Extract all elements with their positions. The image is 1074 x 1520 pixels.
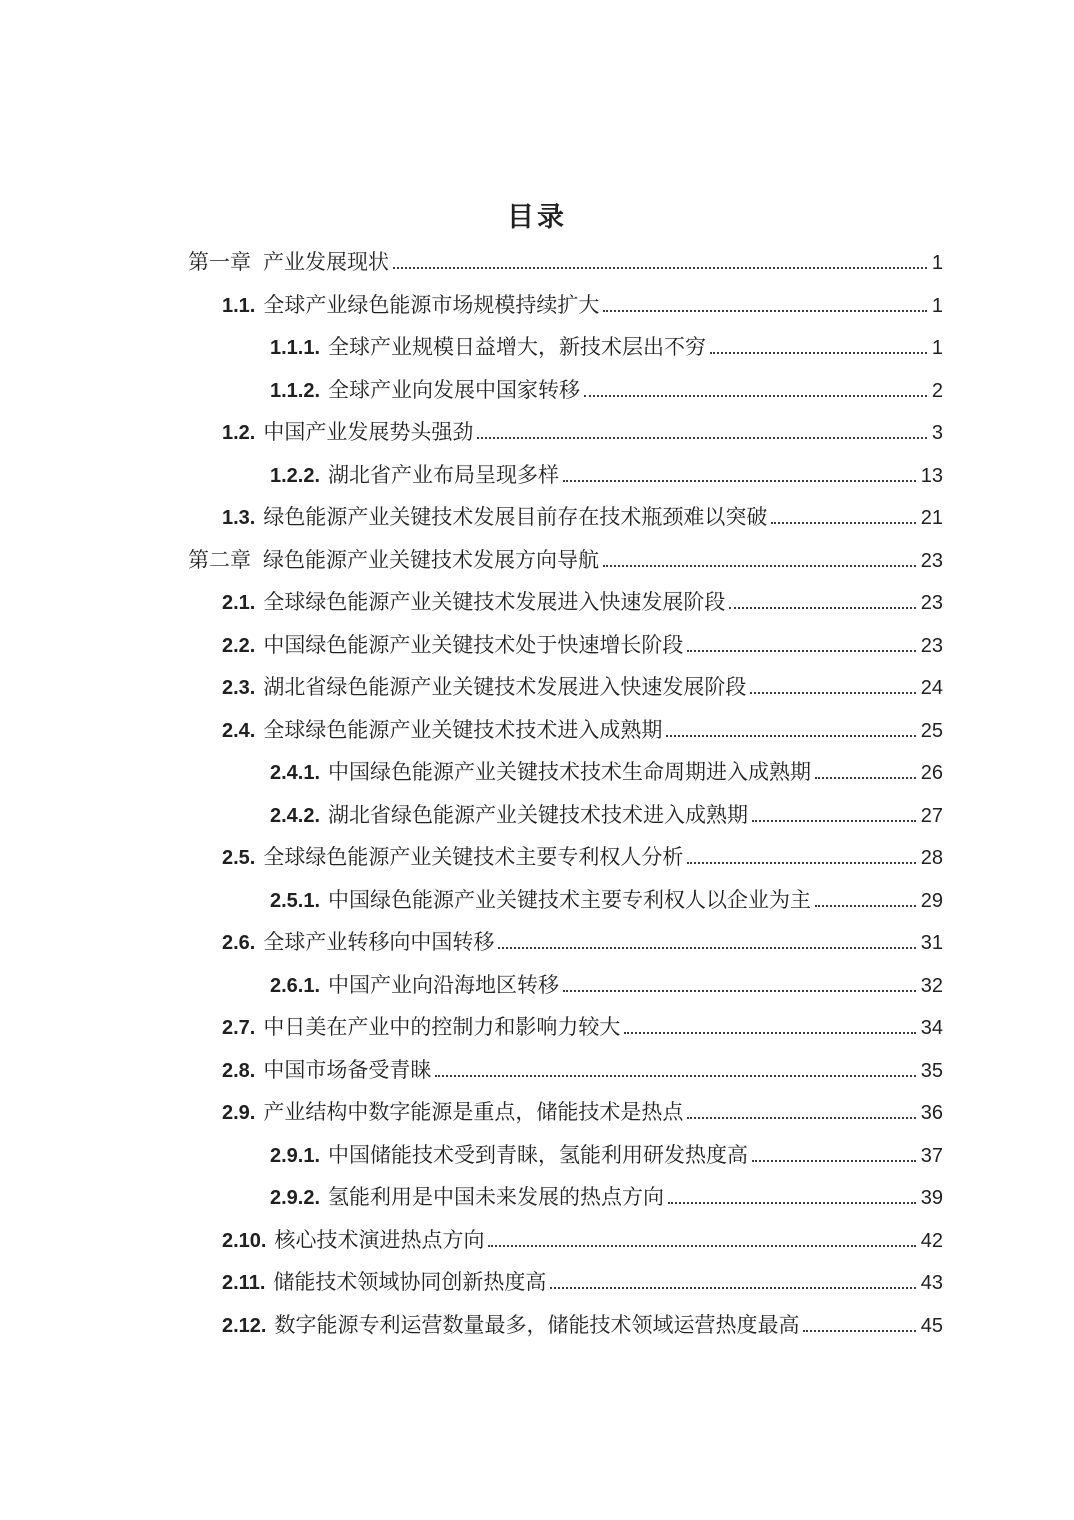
dot-leader xyxy=(687,862,915,864)
toc-entry-label: 中国市场备受青睐 xyxy=(263,1058,431,1082)
toc-entry-page-number: 26 xyxy=(921,752,943,794)
toc-entry[interactable]: 1.3.绿色能源产业关键技术发展目前存在技术瓶颈难以突破 21 xyxy=(188,496,943,539)
toc-entry[interactable]: 2.6.1.中国产业向沿海地区转移 32 xyxy=(188,964,943,1007)
toc-entry-text: 1.1.1.全球产业规模日益增大，新技术层出不穷 xyxy=(270,326,706,369)
toc-title: 目录 xyxy=(0,0,1074,237)
toc-entry-page-number: 32 xyxy=(921,965,943,1007)
toc-entry-page-number: 2 xyxy=(932,370,943,412)
toc-entry-label: 湖北省产业布局呈现多样 xyxy=(328,463,559,487)
toc-entry[interactable]: 2.9.产业结构中数字能源是重点，储能技术是热点 36 xyxy=(188,1091,943,1134)
dot-leader xyxy=(668,1202,916,1204)
dot-leader xyxy=(752,1160,916,1162)
toc-entry-text: 2.4.1.中国绿色能源产业关键技术技术生命周期进入成熟期 xyxy=(270,751,811,794)
toc-entry-label: 氢能利用是中国未来发展的热点方向 xyxy=(328,1185,664,1209)
toc-entry-label: 中国产业发展势头强劲 xyxy=(263,420,473,444)
toc-entry-page-number: 21 xyxy=(921,497,943,539)
toc-entry-page-number: 45 xyxy=(921,1305,943,1347)
toc-entry-number: 2.5. xyxy=(222,847,255,869)
toc-entry-page-number: 23 xyxy=(921,582,943,624)
toc-entry-label: 全球产业转移向中国转移 xyxy=(263,930,494,954)
toc-entry-number: 1.1.2. xyxy=(270,380,320,402)
toc-entry-label: 全球产业绿色能源市场规模持续扩大 xyxy=(263,293,599,317)
toc-entry-label: 绿色能源产业关键技术发展方向导航 xyxy=(263,548,599,572)
toc-entry-page-number: 23 xyxy=(921,625,943,667)
toc-entry-number: 第二章 xyxy=(188,548,251,572)
toc-entry-number: 1.3. xyxy=(222,507,255,529)
toc-entry-number: 2.7. xyxy=(222,1017,255,1039)
toc-entry-text: 第一章产业发展现状 xyxy=(188,241,389,284)
toc-entry[interactable]: 2.2.中国绿色能源产业关键技术处于快速增长阶段 23 xyxy=(188,624,943,667)
dot-leader xyxy=(687,650,915,652)
toc-entry-label: 数字能源专利运营数量最多，储能技术领域运营热度最高 xyxy=(274,1313,799,1337)
dot-leader xyxy=(477,437,927,439)
dot-leader xyxy=(666,735,915,737)
dot-leader xyxy=(771,522,915,524)
toc-entry-label: 中国绿色能源产业关键技术主要专利权人以企业为主 xyxy=(328,888,811,912)
dot-leader xyxy=(750,692,915,694)
toc-entry-number: 2.4.1. xyxy=(270,762,320,784)
toc-entry-number: 2.11. xyxy=(222,1272,265,1294)
toc-entry[interactable]: 2.11.储能技术领域协同创新热度高 43 xyxy=(188,1261,943,1304)
toc-entry-label: 产业发展现状 xyxy=(263,250,389,274)
toc-entry[interactable]: 2.9.1.中国储能技术受到青睐，氢能利用研发热度高 37 xyxy=(188,1134,943,1177)
toc-entry[interactable]: 第二章绿色能源产业关键技术发展方向导航 23 xyxy=(188,539,943,582)
toc-entry-text: 2.4.全球绿色能源产业关键技术技术进入成熟期 xyxy=(222,709,662,752)
toc-entry-page-number: 3 xyxy=(932,412,943,454)
toc-entry-label: 中国绿色能源产业关键技术处于快速增长阶段 xyxy=(263,633,683,657)
toc-entry-number: 2.2. xyxy=(222,635,255,657)
toc-entry-text: 第二章绿色能源产业关键技术发展方向导航 xyxy=(188,539,599,582)
toc-entry-number: 1.1.1. xyxy=(270,337,320,359)
toc-entry-text: 2.3.湖北省绿色能源产业关键技术发展进入快速发展阶段 xyxy=(222,666,746,709)
dot-leader xyxy=(624,1032,915,1034)
toc-entry-page-number: 28 xyxy=(921,837,943,879)
toc-entry-text: 2.1.全球绿色能源产业关键技术发展进入快速发展阶段 xyxy=(222,581,725,624)
dot-leader xyxy=(687,1117,915,1119)
toc-entry-page-number: 27 xyxy=(921,795,943,837)
toc-entry-label: 中国储能技术受到青睐，氢能利用研发热度高 xyxy=(328,1143,748,1167)
toc-entry-label: 全球产业规模日益增大，新技术层出不穷 xyxy=(328,335,706,359)
toc-entry-number: 2.9.2. xyxy=(270,1187,320,1209)
toc-entry-text: 2.10.核心技术演进热点方向 xyxy=(222,1219,484,1262)
dot-leader xyxy=(563,990,916,992)
toc-entry-label: 湖北省绿色能源产业关键技术技术进入成熟期 xyxy=(328,803,748,827)
toc-entry-text: 2.12.数字能源专利运营数量最多，储能技术领域运营热度最高 xyxy=(222,1304,799,1347)
toc-entry-number: 2.3. xyxy=(222,677,255,699)
dot-leader xyxy=(815,905,916,907)
toc-entry[interactable]: 2.10.核心技术演进热点方向 42 xyxy=(188,1219,943,1262)
toc-list: 第一章产业发展现状 1 1.1.全球产业绿色能源市场规模持续扩大 1 1.1.1… xyxy=(188,241,943,1346)
toc-entry-number: 2.1. xyxy=(222,592,255,614)
toc-entry-number: 2.4.2. xyxy=(270,805,320,827)
toc-entry[interactable]: 2.4.1.中国绿色能源产业关键技术技术生命周期进入成熟期 26 xyxy=(188,751,943,794)
toc-entry-page-number: 37 xyxy=(921,1135,943,1177)
toc-entry-label: 全球产业向发展中国家转移 xyxy=(328,378,580,402)
toc-entry-page-number: 1 xyxy=(932,285,943,327)
toc-entry-text: 2.9.2.氢能利用是中国未来发展的热点方向 xyxy=(270,1176,664,1219)
dot-leader xyxy=(563,480,916,482)
document-page: 目录 第一章产业发展现状 1 1.1.全球产业绿色能源市场规模持续扩大 1 1.… xyxy=(0,0,1074,1520)
toc-entry-number: 2.5.1. xyxy=(270,890,320,912)
toc-entry-text: 2.4.2.湖北省绿色能源产业关键技术技术进入成熟期 xyxy=(270,794,748,837)
toc-entry-page-number: 13 xyxy=(921,455,943,497)
toc-entry-text: 2.6.1.中国产业向沿海地区转移 xyxy=(270,964,559,1007)
dot-leader xyxy=(393,267,927,269)
toc-entry-page-number: 43 xyxy=(921,1262,943,1304)
dot-leader xyxy=(498,947,915,949)
toc-entry-text: 1.3.绿色能源产业关键技术发展目前存在技术瓶颈难以突破 xyxy=(222,496,767,539)
toc-entry-text: 1.1.全球产业绿色能源市场规模持续扩大 xyxy=(222,284,599,327)
toc-entry-number: 1.2.2. xyxy=(270,465,320,487)
toc-entry-page-number: 42 xyxy=(921,1220,943,1262)
toc-entry-text: 2.5.全球绿色能源产业关键技术主要专利权人分析 xyxy=(222,836,683,879)
dot-leader xyxy=(803,1330,915,1332)
toc-entry-number: 第一章 xyxy=(188,250,251,274)
toc-entry-text: 2.7.中日美在产业中的控制力和影响力较大 xyxy=(222,1006,620,1049)
toc-entry-label: 产业结构中数字能源是重点，储能技术是热点 xyxy=(263,1100,683,1124)
toc-entry-text: 2.6.全球产业转移向中国转移 xyxy=(222,921,494,964)
dot-leader xyxy=(815,777,916,779)
toc-entry-label: 储能技术领域协同创新热度高 xyxy=(273,1270,546,1294)
dot-leader xyxy=(603,565,916,567)
toc-entry-number: 1.2. xyxy=(222,422,255,444)
toc-entry-page-number: 24 xyxy=(921,667,943,709)
toc-entry-number: 2.6.1. xyxy=(270,975,320,997)
toc-entry-label: 湖北省绿色能源产业关键技术发展进入快速发展阶段 xyxy=(263,675,746,699)
toc-entry[interactable]: 2.1.全球绿色能源产业关键技术发展进入快速发展阶段 23 xyxy=(188,581,943,624)
toc-entry[interactable]: 2.8.中国市场备受青睐 35 xyxy=(188,1049,943,1092)
toc-entry-page-number: 1 xyxy=(932,242,943,284)
toc-entry-page-number: 35 xyxy=(921,1050,943,1092)
toc-entry[interactable]: 1.1.2.全球产业向发展中国家转移 2 xyxy=(188,369,943,412)
toc-entry[interactable]: 2.9.2.氢能利用是中国未来发展的热点方向 39 xyxy=(188,1176,943,1219)
toc-entry-label: 中国产业向沿海地区转移 xyxy=(328,973,559,997)
toc-entry-label: 核心技术演进热点方向 xyxy=(274,1228,484,1252)
toc-entry[interactable]: 1.1.1.全球产业规模日益增大，新技术层出不穷 1 xyxy=(188,326,943,369)
toc-entry[interactable]: 2.12.数字能源专利运营数量最多，储能技术领域运营热度最高 45 xyxy=(188,1304,943,1347)
dot-leader xyxy=(752,820,916,822)
toc-entry[interactable]: 2.5.全球绿色能源产业关键技术主要专利权人分析 28 xyxy=(188,836,943,879)
toc-entry[interactable]: 2.6.全球产业转移向中国转移 31 xyxy=(188,921,943,964)
dot-leader xyxy=(603,310,927,312)
toc-entry-text: 1.2.中国产业发展势头强劲 xyxy=(222,411,473,454)
toc-entry-page-number: 31 xyxy=(921,922,943,964)
toc-entry-text: 1.2.2.湖北省产业布局呈现多样 xyxy=(270,454,559,497)
toc-entry[interactable]: 第一章产业发展现状 1 xyxy=(188,241,943,284)
toc-entry-text: 2.11.储能技术领域协同创新热度高 xyxy=(222,1261,546,1304)
toc-entry-text: 2.2.中国绿色能源产业关键技术处于快速增长阶段 xyxy=(222,624,683,667)
toc-entry[interactable]: 1.2.中国产业发展势头强劲 3 xyxy=(188,411,943,454)
dot-leader xyxy=(584,395,927,397)
toc-entry-number: 2.6. xyxy=(222,932,255,954)
toc-entry-label: 全球绿色能源产业关键技术发展进入快速发展阶段 xyxy=(263,590,725,614)
toc-entry[interactable]: 2.4.2.湖北省绿色能源产业关键技术技术进入成熟期 27 xyxy=(188,794,943,837)
toc-entry[interactable]: 2.5.1.中国绿色能源产业关键技术主要专利权人以企业为主 29 xyxy=(188,879,943,922)
dot-leader xyxy=(435,1075,915,1077)
toc-entry[interactable]: 2.4.全球绿色能源产业关键技术技术进入成熟期 25 xyxy=(188,709,943,752)
toc-entry[interactable]: 2.7.中日美在产业中的控制力和影响力较大 34 xyxy=(188,1006,943,1049)
dot-leader xyxy=(550,1287,915,1289)
toc-entry-text: 1.1.2.全球产业向发展中国家转移 xyxy=(270,369,580,412)
toc-entry-number: 2.12. xyxy=(222,1315,266,1337)
toc-entry-page-number: 23 xyxy=(921,540,943,582)
toc-entry-label: 中国绿色能源产业关键技术技术生命周期进入成熟期 xyxy=(328,760,811,784)
toc-entry-page-number: 34 xyxy=(921,1007,943,1049)
toc-entry-page-number: 36 xyxy=(921,1092,943,1134)
toc-entry-page-number: 1 xyxy=(932,327,943,369)
toc-entry-label: 中日美在产业中的控制力和影响力较大 xyxy=(263,1015,620,1039)
toc-entry-label: 全球绿色能源产业关键技术主要专利权人分析 xyxy=(263,845,683,869)
toc-entry-text: 2.5.1.中国绿色能源产业关键技术主要专利权人以企业为主 xyxy=(270,879,811,922)
toc-entry-number: 2.9.1. xyxy=(270,1145,320,1167)
toc-entry-text: 2.8.中国市场备受青睐 xyxy=(222,1049,431,1092)
toc-entry[interactable]: 1.1.全球产业绿色能源市场规模持续扩大 1 xyxy=(188,284,943,327)
toc-entry[interactable]: 1.2.2.湖北省产业布局呈现多样 13 xyxy=(188,454,943,497)
toc-entry-page-number: 39 xyxy=(921,1177,943,1219)
toc-entry-text: 2.9.产业结构中数字能源是重点，储能技术是热点 xyxy=(222,1091,683,1134)
toc-entry[interactable]: 2.3.湖北省绿色能源产业关键技术发展进入快速发展阶段 24 xyxy=(188,666,943,709)
toc-entry-number: 2.10. xyxy=(222,1230,266,1252)
toc-entry-label: 全球绿色能源产业关键技术技术进入成熟期 xyxy=(263,718,662,742)
toc-entry-number: 1.1. xyxy=(222,295,255,317)
toc-entry-label: 绿色能源产业关键技术发展目前存在技术瓶颈难以突破 xyxy=(263,505,767,529)
toc-entry-number: 2.4. xyxy=(222,720,255,742)
toc-entry-page-number: 25 xyxy=(921,710,943,752)
toc-entry-number: 2.8. xyxy=(222,1060,255,1082)
toc-entry-number: 2.9. xyxy=(222,1102,255,1124)
toc-entry-page-number: 29 xyxy=(921,880,943,922)
dot-leader xyxy=(488,1245,915,1247)
dot-leader xyxy=(710,352,927,354)
dot-leader xyxy=(729,607,915,609)
toc-entry-text: 2.9.1.中国储能技术受到青睐，氢能利用研发热度高 xyxy=(270,1134,748,1177)
